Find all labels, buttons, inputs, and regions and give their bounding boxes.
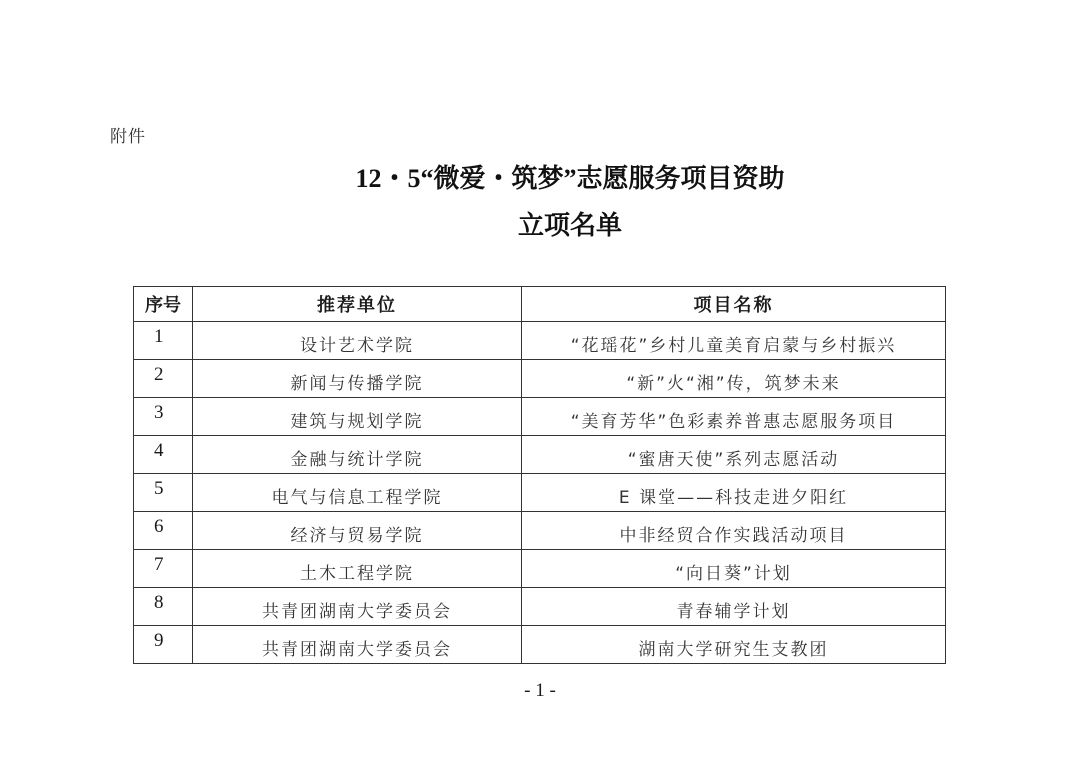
table-row: 1 设计艺术学院 “花瑶花”乡村儿童美育启蒙与乡村振兴 [134, 322, 946, 360]
row-unit: 共青团湖南大学委员会 [193, 588, 522, 626]
row-index: 3 [134, 398, 193, 436]
row-project: 青春辅学计划 [522, 588, 946, 626]
row-project: “新”火“湘”传，筑梦未来 [522, 360, 946, 398]
row-unit: 建筑与规划学院 [193, 398, 522, 436]
row-project: 湖南大学研究生支教团 [522, 626, 946, 664]
row-unit: 新闻与传播学院 [193, 360, 522, 398]
table-header-row: 序号 推荐单位 项目名称 [134, 287, 946, 322]
row-index: 7 [134, 550, 193, 588]
row-index: 6 [134, 512, 193, 550]
row-index: 9 [134, 626, 193, 664]
row-unit: 共青团湖南大学委员会 [193, 626, 522, 664]
document-subtitle: 立项名单 [30, 205, 1080, 242]
table-row: 2 新闻与传播学院 “新”火“湘”传，筑梦未来 [134, 360, 946, 398]
page-number: - 1 - [0, 680, 1080, 702]
project-list-table: 序号 推荐单位 项目名称 1 设计艺术学院 “花瑶花”乡村儿童美育启蒙与乡村振兴… [133, 286, 946, 664]
row-project: “蜜唐天使”系列志愿活动 [522, 436, 946, 474]
table-row: 4 金融与统计学院 “蜜唐天使”系列志愿活动 [134, 436, 946, 474]
row-index: 4 [134, 436, 193, 474]
row-project: “花瑶花”乡村儿童美育启蒙与乡村振兴 [522, 322, 946, 360]
row-unit: 金融与统计学院 [193, 436, 522, 474]
document-title: 12・5“微爱・筑梦”志愿服务项目资助 [30, 158, 1080, 195]
table-row: 9 共青团湖南大学委员会 湖南大学研究生支教团 [134, 626, 946, 664]
row-unit: 设计艺术学院 [193, 322, 522, 360]
header-unit: 推荐单位 [193, 287, 522, 322]
header-index: 序号 [134, 287, 193, 322]
row-project: “向日葵”计划 [522, 550, 946, 588]
row-project: E 课堂——科技走进夕阳红 [522, 474, 946, 512]
row-index: 8 [134, 588, 193, 626]
table-row: 8 共青团湖南大学委员会 青春辅学计划 [134, 588, 946, 626]
row-index: 1 [134, 322, 193, 360]
row-unit: 经济与贸易学院 [193, 512, 522, 550]
row-unit: 土木工程学院 [193, 550, 522, 588]
row-project: 中非经贸合作实践活动项目 [522, 512, 946, 550]
header-project: 项目名称 [522, 287, 946, 322]
table-row: 7 土木工程学院 “向日葵”计划 [134, 550, 946, 588]
row-index: 2 [134, 360, 193, 398]
table-row: 5 电气与信息工程学院 E 课堂——科技走进夕阳红 [134, 474, 946, 512]
row-unit: 电气与信息工程学院 [193, 474, 522, 512]
row-project: “美育芳华”色彩素养普惠志愿服务项目 [522, 398, 946, 436]
row-index: 5 [134, 474, 193, 512]
attachment-label: 附件 [110, 122, 146, 147]
table-row: 6 经济与贸易学院 中非经贸合作实践活动项目 [134, 512, 946, 550]
table-row: 3 建筑与规划学院 “美育芳华”色彩素养普惠志愿服务项目 [134, 398, 946, 436]
